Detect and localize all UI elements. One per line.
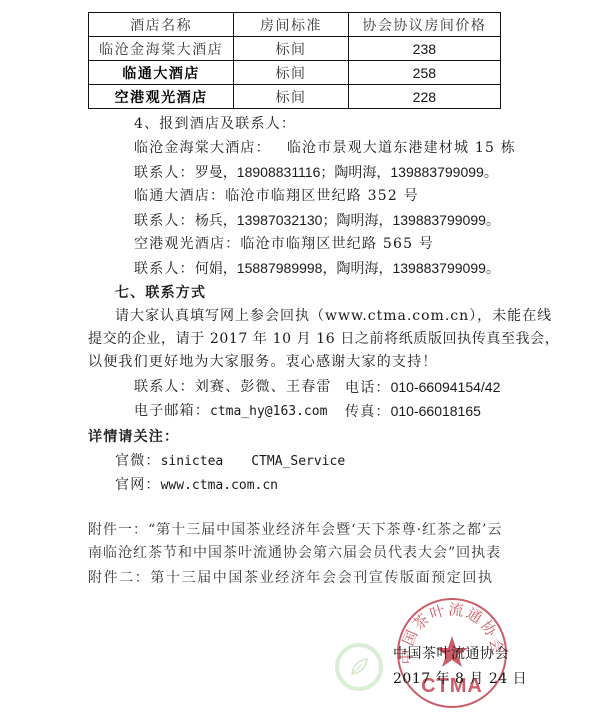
table-row: 临通大酒店 标间 258 (89, 61, 501, 85)
contact-label: 联系人： (134, 261, 195, 277)
hotel-label: 临沧金海棠大酒店： (134, 140, 271, 156)
column-header-room-type: 房间标准 (234, 13, 348, 37)
hotel-name-cell: 空港观光酒店 (89, 85, 234, 109)
contact-value: 杨兵，13987032130；陶明海，139883799099。 (195, 212, 500, 228)
follow-title: 详情请关注： (88, 428, 179, 446)
email-address[interactable]: ctma_hy@163.com (210, 404, 327, 419)
hotel-address: 临沧市景观大道东港建材城 15 栋 (287, 140, 516, 156)
section-7-title: 七、联系方式 (115, 284, 206, 302)
contact-value: 罗曼，18908831116；陶明海，139883799099。 (195, 164, 498, 180)
fax-number: 010-66018165 (391, 403, 481, 419)
leaf-icon (347, 655, 371, 679)
hotel-name-cell: 临通大酒店 (89, 61, 234, 85)
hotel-address: 临沧市临翔区世纪路 565 号 (240, 236, 434, 252)
weibo-line: 官微：sinicteaCTMA_Service (115, 452, 345, 471)
website-link[interactable]: www.ctma.com.cn (161, 478, 278, 493)
hotel-address-line: 临沧金海棠大酒店：临沧市景观大道东港建材城 15 栋 (134, 139, 516, 157)
hotel-address-line: 临通大酒店：临沧市临翔区世纪路 352 号 (134, 187, 419, 205)
phone-label: 电话： (345, 380, 391, 396)
fax-line: 传真：010-66018165 (345, 402, 481, 421)
hotel-label: 临通大酒店： (134, 188, 225, 204)
attachment-1-line-2: 南临沧红茶节和中国茶叶流通协会第六届会员代表大会”回执表 (88, 544, 501, 562)
contact-label: 联系人： (134, 165, 195, 181)
hotel-price-table: 酒店名称 房间标准 协会协议房间价格 临沧金海棠大酒店 标间 238 临通大酒店… (88, 12, 501, 109)
signature-org: 中国茶叶流通协会 (393, 643, 509, 663)
room-type-cell: 标间 (234, 37, 348, 61)
weibo-account-1: sinictea (161, 454, 224, 469)
room-type-cell: 标间 (234, 61, 348, 85)
hotel-label: 空港观光酒店： (134, 236, 240, 252)
attachment-2: 附件二：第十三届中国茶业经济年会会刊宣传版面预定回执 (88, 569, 494, 587)
email-label: 电子邮箱： (134, 403, 210, 419)
weibo-account-2: CTMA_Service (251, 454, 345, 469)
table-header-row: 酒店名称 房间标准 协会协议房间价格 (89, 13, 501, 37)
paragraph-line: 请大家认真填写网上参会回执（www.ctma.com.cn），未能在线 (115, 307, 552, 325)
table-row: 空港观光酒店 标间 228 (89, 85, 501, 109)
hotel-address-line: 空港观光酒店：临沧市临翔区世纪路 565 号 (134, 235, 434, 253)
price-cell: 238 (348, 37, 500, 61)
tea-logo-watermark (335, 643, 383, 691)
table-row: 临沧金海棠大酒店 标间 238 (89, 37, 501, 61)
website-label: 官网： (115, 477, 161, 493)
hotel-address: 临沧市临翔区世纪路 352 号 (225, 188, 419, 204)
website-line: 官网：www.ctma.com.cn (115, 476, 278, 495)
section-4-title: 4、报到酒店及联系人： (134, 115, 296, 133)
hotel-name-cell: 临沧金海棠大酒店 (89, 37, 234, 61)
price-cell: 228 (348, 85, 500, 109)
weibo-label: 官微： (115, 453, 161, 469)
phone-line: 电话：010-66094154/42 (345, 378, 500, 397)
contact-line: 联系人：罗曼，18908831116；陶明海，139883799099。 (134, 163, 498, 182)
attachment-1-line-1: 附件一：“第十三届中国茶业经济年会暨‘天下茶尊·红茶之都’云 (88, 521, 503, 539)
room-type-cell: 标间 (234, 85, 348, 109)
price-cell: 258 (348, 61, 500, 85)
phone-number: 010-66094154/42 (391, 379, 501, 395)
contact-line: 联系人：何娟，15887989998，陶明海，139883799099。 (134, 259, 500, 278)
signature-date: 2017 年 8 月 24 日 (393, 668, 527, 688)
column-header-price: 协会协议房间价格 (348, 13, 500, 37)
contacts-names: 联系人：刘赛、彭微、王春雷 (134, 378, 332, 396)
email-line: 电子邮箱：ctma_hy@163.com (134, 402, 327, 421)
paragraph-line: 提交的企业，请于 2017 年 10 月 16 日之前将纸质版回执传真至我会， (88, 330, 559, 348)
fax-label: 传真： (345, 404, 391, 420)
contact-label: 联系人： (134, 213, 195, 229)
column-header-hotel-name: 酒店名称 (89, 13, 234, 37)
contact-value: 何娟，15887989998，陶明海，139883799099。 (195, 260, 500, 276)
contact-line: 联系人：杨兵，13987032130；陶明海，139883799099。 (134, 211, 500, 230)
paragraph-line: 以便我们更好地为大家服务。衷心感谢大家的支持！ (88, 353, 438, 371)
